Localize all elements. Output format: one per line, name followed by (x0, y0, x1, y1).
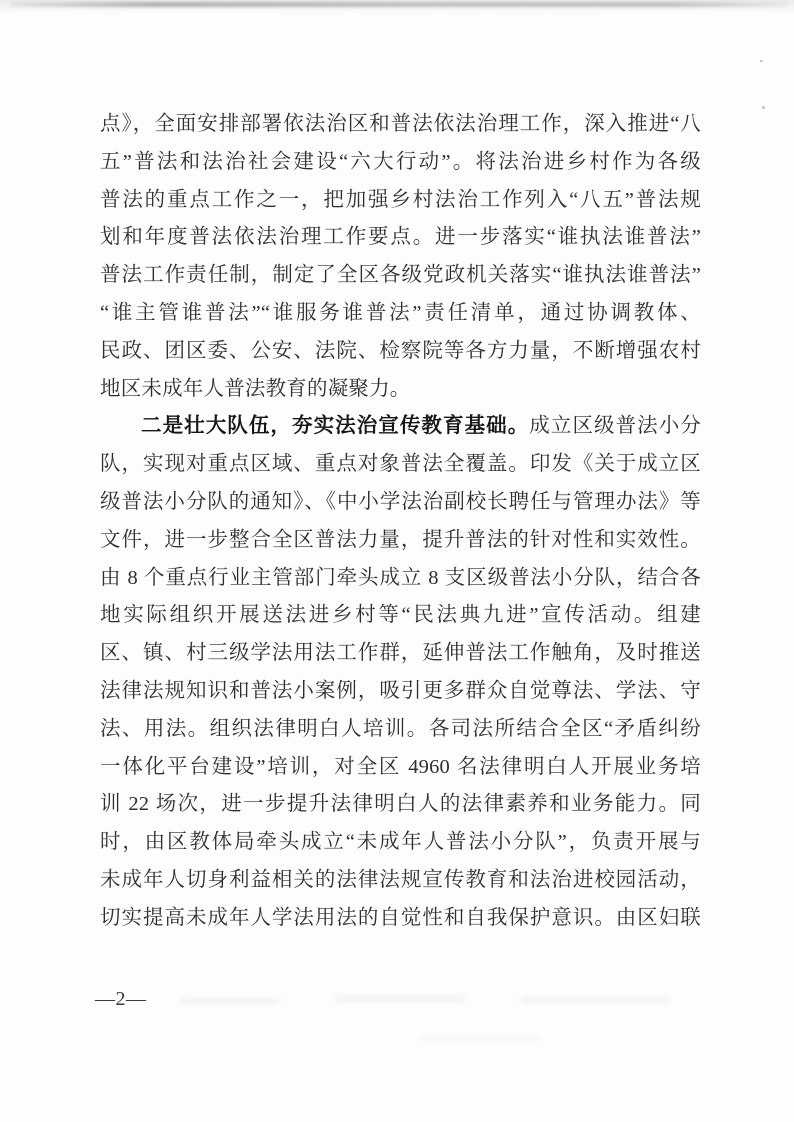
text-line: 法律法规知识和普法小案例，吸引更多群众自觉尊法、学法、守 (100, 673, 701, 711)
text-line: 法、用法。组织法律明白人培训。各司法所结合全区“矛盾纠纷 (100, 711, 701, 749)
scan-smudge-artifact (420, 1035, 540, 1041)
text-line: 二是壮大队伍，夯实法治宣传教育基础。成立区级普法小分 (100, 408, 701, 446)
text-line: “谁主管谁普法”“谁服务谁普法”责任清单，通过协调教体、 (100, 295, 701, 333)
text-line: 划和年度普法依法治理工作要点。进一步落实“谁执法谁普法” (100, 219, 701, 257)
text-line: 训 22 场次，进一步提升法律明白人的法律素养和业务能力。同 (100, 786, 701, 824)
document-body-text: 点》，全面安排部署依法治区和普法依法治理工作，深入推进“八五”普法和法治社会建设… (100, 106, 701, 938)
text-line: 由 8 个重点行业主管部门牵头成立 8 支区级普法小分队，结合各 (100, 560, 701, 598)
text-line: 点》，全面安排部署依法治区和普法依法治理工作，深入推进“八 (100, 106, 701, 144)
text-line: 民政、团区委、公安、法院、检察院等各方力量，不断增强农村 (100, 333, 701, 371)
text-line: 级普法小分队的通知》、《中小学法治副校长聘任与管理办法》等 (100, 484, 701, 522)
text-line: 未成年人切身利益相关的法律法规宣传教育和法治进校园活动， (100, 862, 701, 900)
text-line: 一体化平台建设”培训，对全区 4960 名法律明白人开展业务培 (100, 749, 701, 787)
text-line: 区、镇、村三级学法用法工作群，延伸普法工作触角，及时推送 (100, 635, 701, 673)
scan-smudge-artifact (335, 995, 465, 1002)
scan-speck-artifact (760, 60, 763, 62)
scanned-document-page: 点》，全面安排部署依法治区和普法依法治理工作，深入推进“八五”普法和法治社会建设… (0, 0, 794, 1122)
scan-speck-artifact (762, 106, 765, 109)
bold-heading-run: 二是壮大队伍，夯实法治宣传教育基础。 (141, 415, 529, 437)
text-line: 时，由区教体局牵头成立“未成年人普法小分队”，负责开展与 (100, 824, 701, 862)
scan-edge-artifact (10, 2, 788, 7)
text-line: 五”普法和法治社会建设“六大行动”。将法治进乡村作为各级 (100, 144, 701, 182)
text-line: 队，实现对重点区域、重点对象普法全覆盖。印发《关于成立区 (100, 446, 701, 484)
text-line: 地区未成年人普法教育的凝聚力。 (100, 371, 701, 409)
text-line: 普法工作责任制，制定了全区各级党政机关落实“谁执法谁普法” (100, 257, 701, 295)
page-number: —2— (95, 988, 147, 1011)
text-line: 地实际组织开展送法进乡村等“民法典九进”宣传活动。组建 (100, 597, 701, 635)
text-line: 文件，进一步整合全区普法力量，提升普法的针对性和实效性。 (100, 522, 701, 560)
scan-smudge-artifact (180, 998, 280, 1004)
text-line: 普法的重点工作之一，把加强乡村法治工作列入“八五”普法规 (100, 182, 701, 220)
scan-smudge-artifact (520, 997, 670, 1003)
text-line: 切实提高未成年人学法用法的自觉性和自我保护意识。由区妇联 (100, 900, 701, 938)
